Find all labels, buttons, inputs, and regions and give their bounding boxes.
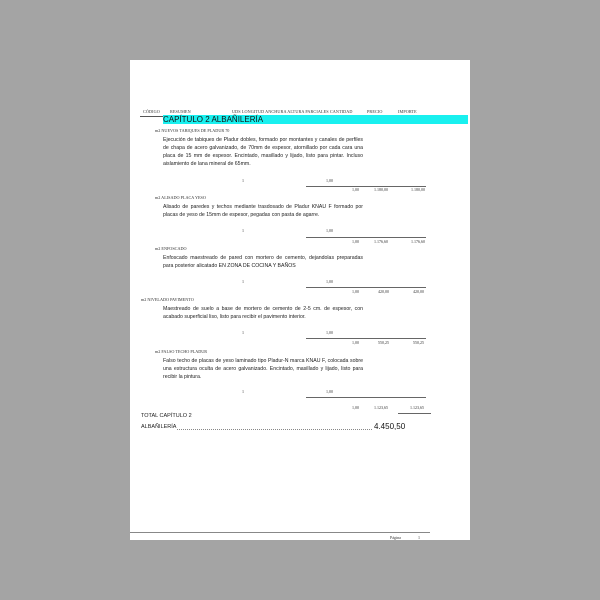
item-uds: 1 xyxy=(242,330,244,335)
item-cantidad: 1,00 xyxy=(352,187,359,192)
item-description: Enfoscado maestreado de pared con morter… xyxy=(163,254,363,270)
item-rule xyxy=(306,186,426,187)
item-uds: 1 xyxy=(242,178,244,183)
item-precio: 1.176,60 xyxy=(374,239,388,244)
total-label: TOTAL CAPÍTULO 2 xyxy=(141,413,192,419)
item-description: Falso techo de placas de yeso laminado t… xyxy=(163,357,363,381)
item-importe: 550,25 xyxy=(413,340,424,345)
item-uds: 1 xyxy=(242,228,244,233)
header-columns: UDS LONGITUD ANCHURA ALTURA PARCIALES CA… xyxy=(232,109,353,114)
document-page: CÓDIGO RESUMEN UDS LONGITUD ANCHURA ALTU… xyxy=(130,60,470,540)
total-leader-dots xyxy=(177,429,372,430)
item-uds: 1 xyxy=(242,279,244,284)
item-cantidad: 1,00 xyxy=(352,289,359,294)
item-precio: 420,00 xyxy=(378,289,389,294)
item-parciales: 1,00 xyxy=(326,389,333,394)
item-description: Maestreado de suelo a base de mortero de… xyxy=(163,305,363,321)
item-precio: 1.180,00 xyxy=(374,187,388,192)
item-importe: 420,00 xyxy=(413,289,424,294)
item-code: m2 FALSO TECHO PLADUR xyxy=(155,349,207,354)
chapter-title: CAPÍTULO 2 ALBAÑILERÍA xyxy=(163,115,263,124)
header-importe: IMPORTE xyxy=(398,109,417,114)
item-description: Ejecución de tabiques de Pladur dobles, … xyxy=(163,136,363,168)
item-code: m2 NUEVOS TABIQUES DE PLADUR 70 xyxy=(155,128,229,133)
footer-divider xyxy=(130,532,430,533)
item-importe: 1.176,60 xyxy=(411,239,425,244)
item-parciales: 1,00 xyxy=(326,228,333,233)
total-value: 4.450,50 xyxy=(374,422,405,431)
item-precio: 550,25 xyxy=(378,340,389,345)
item-code: m2 NIVELADO PAVIMENTO xyxy=(141,297,194,302)
item-parciales: 1,00 xyxy=(326,178,333,183)
item-description: Alisado de paredes y techos mediante tra… xyxy=(163,203,363,219)
header-resumen: RESUMEN xyxy=(170,109,191,114)
item-uds: 1 xyxy=(242,389,244,394)
header-codigo: CÓDIGO xyxy=(143,109,160,114)
footer-page-label: Página xyxy=(390,535,401,540)
total-chapter-name: ALBAÑILERÍA xyxy=(141,424,176,430)
item-parciales: 1,00 xyxy=(326,279,333,284)
item-precio: 1.123,65 xyxy=(374,405,388,410)
item-code: m2 ALISADO PLACA YESO xyxy=(155,195,206,200)
item-rule xyxy=(306,237,426,238)
footer-page-number: 1 xyxy=(418,535,420,540)
item-cantidad: 1,00 xyxy=(352,340,359,345)
header-precio: PRECIO xyxy=(367,109,383,114)
item-parciales: 1,00 xyxy=(326,330,333,335)
item-importe: 1.180,00 xyxy=(411,187,425,192)
total-rule xyxy=(398,413,431,414)
item-rule xyxy=(306,287,426,288)
item-importe: 1.123,65 xyxy=(410,405,424,410)
item-code: m2 ENFOSCADO xyxy=(155,246,187,251)
item-cantidad: 1,00 xyxy=(352,405,359,410)
item-rule xyxy=(306,397,426,398)
item-rule xyxy=(306,338,426,339)
item-cantidad: 1,00 xyxy=(352,239,359,244)
